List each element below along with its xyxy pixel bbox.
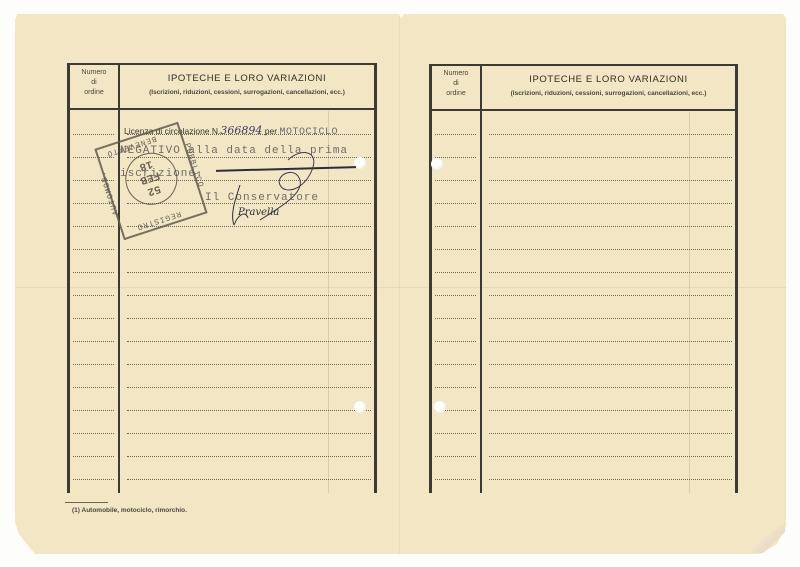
table-title: IPOTECHE E LORO VARIAZIONI <box>120 73 374 84</box>
faint-guide-line <box>689 112 690 493</box>
table-header: Numero di ordine IPOTECHE E LORO VARIAZI… <box>432 66 735 111</box>
table-title: IPOTECHE E LORO VARIAZIONI <box>482 74 735 85</box>
column-divider <box>480 66 482 493</box>
punch-hole <box>431 158 443 170</box>
table-subtitle: (Iscrizioni, riduzioni, cessioni, surrog… <box>120 89 374 96</box>
vehicle-type: MOTOCICLO <box>279 127 338 138</box>
table-header: Numero di ordine IPOTECHE E LORO VARIAZI… <box>70 65 374 110</box>
license-number: 366894 <box>220 124 262 137</box>
footnote-rule <box>65 502 108 503</box>
table-subtitle: (Iscrizioni, riduzioni, cessioni, surrog… <box>482 90 735 97</box>
footnote: (1) Automobile, motociclo, rimorchio. <box>72 507 187 514</box>
right-mortgage-table: Numero di ordine IPOTECHE E LORO VARIAZI… <box>429 64 738 493</box>
column-header-number: Numero di ordine <box>432 66 480 109</box>
conservator-signature: Pravella <box>238 207 279 218</box>
center-fold <box>399 14 401 554</box>
punch-hole <box>354 401 366 413</box>
license-for: per <box>265 126 277 136</box>
column-header-number: Numero di ordine <box>70 65 118 108</box>
column-divider <box>118 65 120 493</box>
punch-hole <box>434 401 446 413</box>
